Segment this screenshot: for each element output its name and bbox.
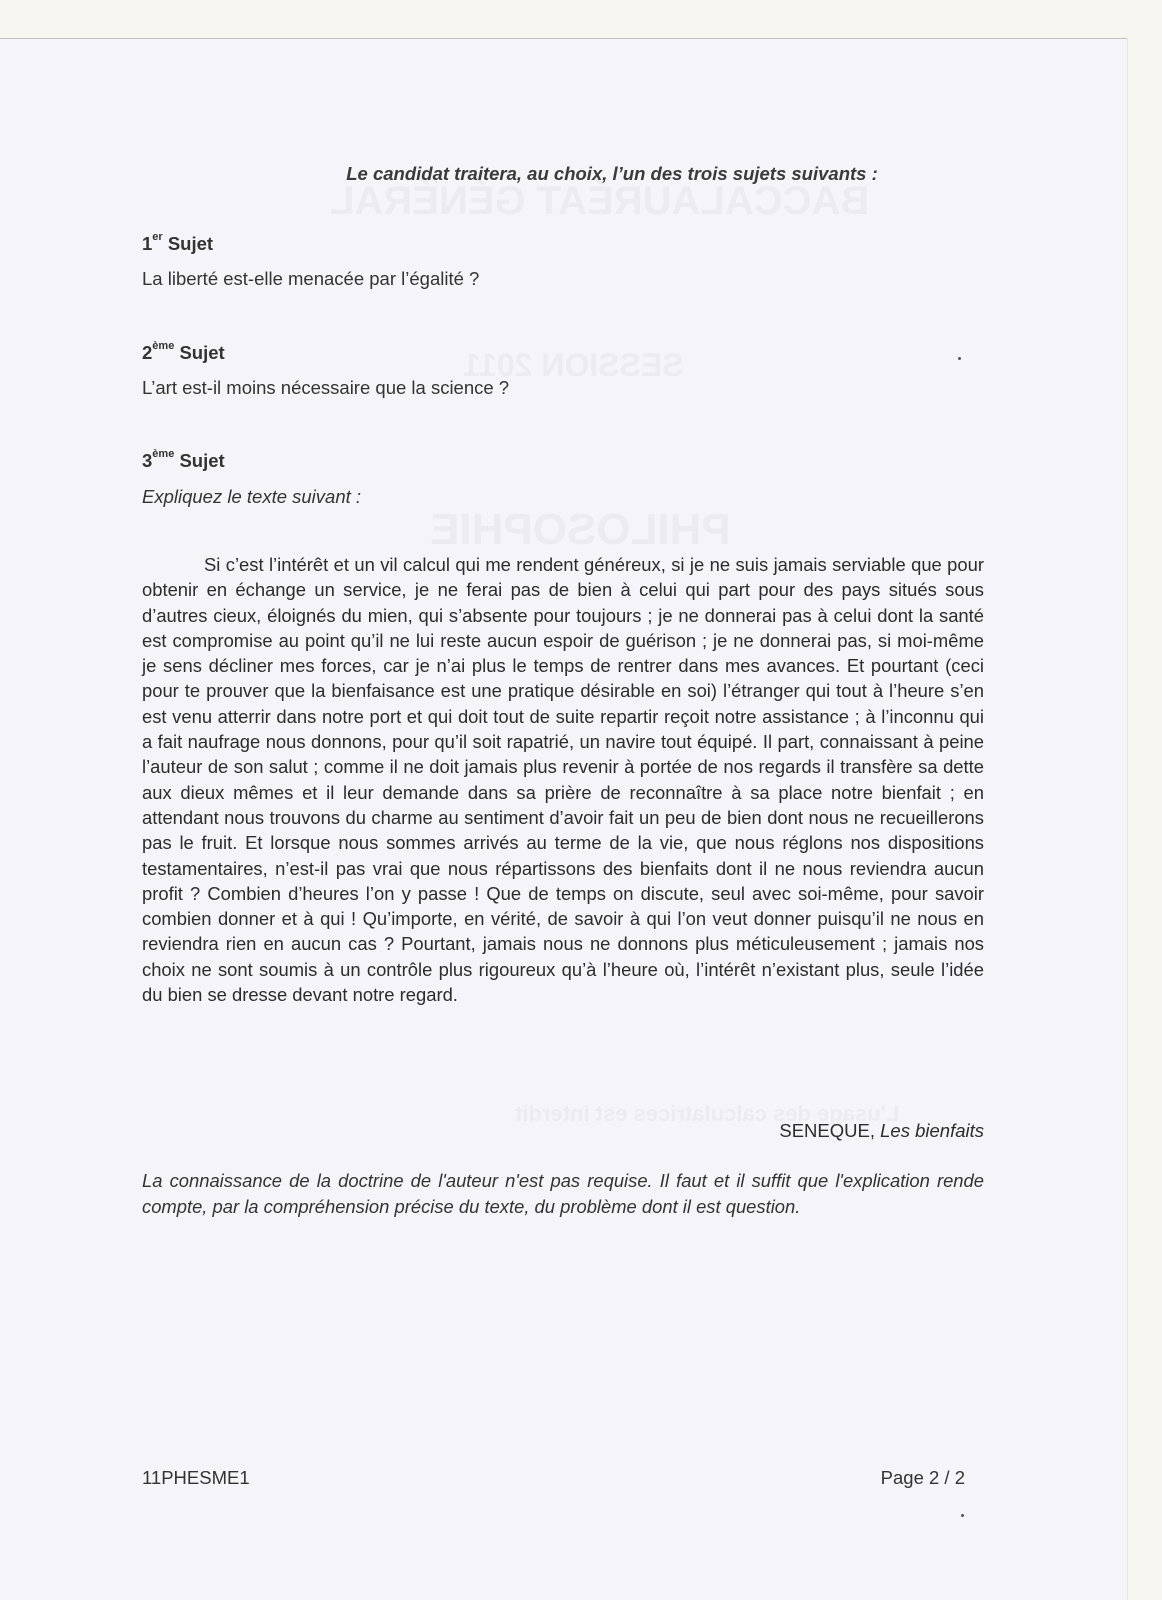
show-through-title: BACCALAURÉAT GÉNÉRAL — [330, 179, 869, 224]
subject-number: 2 — [142, 342, 152, 363]
ordinal-suffix: ème — [152, 340, 174, 352]
subject-number: 1 — [142, 233, 152, 254]
author-name: SENEQUE — [779, 1120, 869, 1141]
ordinal-suffix: ème — [152, 448, 174, 460]
subject-3-heading: 3ème Sujet — [142, 450, 225, 472]
instruction-heading: Le candidat traitera, au choix, l’un des… — [0, 163, 1162, 185]
subject-1-heading: 1er Sujet — [142, 233, 213, 255]
explanation-note: La connaissance de la doctrine de l'aute… — [142, 1168, 984, 1220]
ordinal-suffix: er — [152, 231, 162, 243]
text-attribution: SENEQUE, Les bienfaits — [779, 1120, 984, 1142]
work-title: Les bienfaits — [880, 1120, 984, 1141]
speck — [961, 1514, 964, 1517]
subject-3-instruction: Expliquez le texte suivant : — [142, 486, 361, 508]
subject-label: Sujet — [179, 342, 224, 363]
subject-label: Sujet — [168, 233, 213, 254]
subject-2-question: L’art est-il moins nécessaire que la sci… — [142, 377, 509, 399]
subject-2-heading: 2ème Sujet — [142, 342, 225, 364]
subject-1-question: La liberté est-elle menacée par l’égalit… — [142, 268, 479, 290]
subject-label: Sujet — [179, 450, 224, 471]
page-number: Page 2 / 2 — [881, 1467, 965, 1489]
show-through-subject: PHILOSOPHIE — [430, 505, 731, 555]
philosophy-text-excerpt: Si c’est l’intérêt et un vil calcul qui … — [142, 552, 984, 1007]
exam-code: 11PHESME1 — [142, 1467, 250, 1489]
speck — [958, 357, 961, 360]
subject-number: 3 — [142, 450, 152, 471]
